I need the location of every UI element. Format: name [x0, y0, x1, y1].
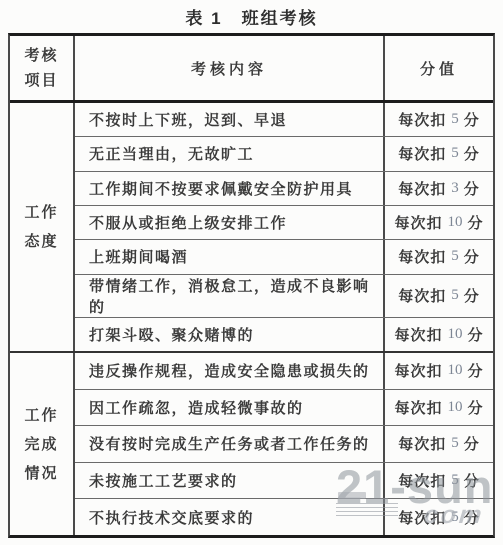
table-row: 没有按时完成生产任务或者工作任务的 每次扣5分 — [75, 426, 493, 463]
header-assessment-content: 考核内容 — [75, 36, 383, 100]
table-row: 未按施工工艺要求的 每次扣5分 — [75, 463, 493, 500]
score-suffix: 分 — [464, 433, 480, 454]
assessment-content-cell: 违反操作规程，造成安全隐患或损失的 — [75, 353, 383, 389]
score-prefix: 每次扣 — [394, 397, 442, 418]
score-suffix: 分 — [464, 109, 480, 130]
score-value: 5 — [451, 248, 459, 265]
score-suffix: 分 — [464, 178, 480, 199]
header-score: 分值 — [383, 36, 493, 100]
assessment-content-cell: 没有按时完成生产任务或者工作任务的 — [75, 426, 383, 462]
group-work-completion: 工作 完成 情况 违反操作规程，造成安全隐患或损失的 每次扣10分 因工作疏忽，… — [10, 353, 493, 535]
assessment-content-cell: 不执行技术交底要求的 — [75, 499, 383, 535]
table-title: 表 1 班组考核 — [0, 4, 503, 29]
assessment-content-cell: 未按施工工艺要求的 — [75, 463, 383, 499]
score-suffix: 分 — [468, 397, 484, 418]
score-value: 5 — [451, 435, 459, 452]
table-row: 上班期间喝酒 每次扣5分 — [75, 240, 493, 274]
group-label-work-attitude: 工作 态度 — [10, 103, 75, 351]
table-row: 打架斗殴、聚众赌博的 每次扣10分 — [75, 318, 493, 351]
score-value: 5 — [451, 287, 459, 304]
table-row: 带情绪工作，消极怠工，造成不良影响的 每次扣5分 — [75, 275, 493, 318]
assessment-content-cell: 不服从或拒绝上级安排工作 — [75, 206, 383, 239]
score-cell: 每次扣10分 — [383, 353, 493, 389]
score-suffix: 分 — [468, 212, 484, 233]
group-work-attitude: 工作 态度 不按时上下班，迟到、早退 每次扣5分 无正当理由，无故旷工 每次扣5… — [10, 103, 493, 353]
table-row: 工作期间不按要求佩戴安全防护用具 每次扣3分 — [75, 172, 493, 206]
table-row: 违反操作规程，造成安全隐患或损失的 每次扣10分 — [75, 353, 493, 390]
score-cell: 每次扣5分 — [383, 103, 493, 136]
score-prefix: 每次扣 — [398, 143, 446, 164]
score-suffix: 分 — [468, 324, 484, 345]
score-value: 5 — [451, 509, 459, 526]
score-cell: 每次扣5分 — [383, 499, 493, 535]
table-row: 不按时上下班，迟到、早退 每次扣5分 — [75, 103, 493, 137]
assessment-content-cell: 不按时上下班，迟到、早退 — [75, 103, 383, 136]
score-value: 3 — [451, 180, 459, 197]
assessment-content-cell: 无正当理由，无故旷工 — [75, 137, 383, 170]
score-cell: 每次扣3分 — [383, 172, 493, 205]
table-row: 因工作疏忽，造成轻微事故的 每次扣10分 — [75, 390, 493, 427]
score-cell: 每次扣10分 — [383, 206, 493, 239]
score-suffix: 分 — [464, 285, 480, 306]
group-rows: 不按时上下班，迟到、早退 每次扣5分 无正当理由，无故旷工 每次扣5分 工作期间… — [75, 103, 493, 351]
assessment-content-cell: 上班期间喝酒 — [75, 240, 383, 273]
table-row: 不服从或拒绝上级安排工作 每次扣10分 — [75, 206, 493, 240]
score-value: 10 — [448, 326, 463, 343]
assessment-table: 考核 项目 考核内容 分值 工作 态度 不按时上下班，迟到、早退 每次扣5分 无… — [8, 33, 495, 538]
score-cell: 每次扣10分 — [383, 390, 493, 426]
score-value: 5 — [451, 111, 459, 128]
table-row: 无正当理由，无故旷工 每次扣5分 — [75, 137, 493, 171]
score-cell: 每次扣5分 — [383, 137, 493, 170]
group-rows: 违反操作规程，造成安全隐患或损失的 每次扣10分 因工作疏忽，造成轻微事故的 每… — [75, 353, 493, 535]
score-value: 5 — [451, 472, 459, 489]
table-row: 不执行技术交底要求的 每次扣5分 — [75, 499, 493, 535]
score-value: 10 — [448, 362, 463, 379]
score-suffix: 分 — [464, 507, 480, 528]
assessment-content-cell: 因工作疏忽，造成轻微事故的 — [75, 390, 383, 426]
assessment-content-cell: 带情绪工作，消极怠工，造成不良影响的 — [75, 275, 383, 317]
score-prefix: 每次扣 — [398, 470, 446, 491]
score-value: 10 — [448, 399, 463, 416]
header-assessment-item: 考核 项目 — [10, 36, 75, 100]
group-label-work-completion: 工作 完成 情况 — [10, 353, 75, 535]
score-value: 5 — [451, 145, 459, 162]
score-prefix: 每次扣 — [398, 433, 446, 454]
assessment-content-cell: 工作期间不按要求佩戴安全防护用具 — [75, 172, 383, 205]
score-prefix: 每次扣 — [394, 212, 442, 233]
score-cell: 每次扣5分 — [383, 240, 493, 273]
table-header-row: 考核 项目 考核内容 分值 — [10, 36, 493, 103]
score-suffix: 分 — [464, 143, 480, 164]
score-cell: 每次扣10分 — [383, 318, 493, 351]
score-prefix: 每次扣 — [394, 324, 442, 345]
score-prefix: 每次扣 — [394, 360, 442, 381]
score-cell: 每次扣5分 — [383, 463, 493, 499]
score-value: 10 — [448, 214, 463, 231]
score-prefix: 每次扣 — [398, 507, 446, 528]
score-prefix: 每次扣 — [398, 178, 446, 199]
score-cell: 每次扣5分 — [383, 426, 493, 462]
score-prefix: 每次扣 — [398, 246, 446, 267]
score-prefix: 每次扣 — [398, 285, 446, 306]
score-suffix: 分 — [464, 246, 480, 267]
score-prefix: 每次扣 — [398, 109, 446, 130]
score-suffix: 分 — [468, 360, 484, 381]
score-cell: 每次扣5分 — [383, 275, 493, 317]
score-suffix: 分 — [464, 470, 480, 491]
assessment-content-cell: 打架斗殴、聚众赌博的 — [75, 318, 383, 351]
